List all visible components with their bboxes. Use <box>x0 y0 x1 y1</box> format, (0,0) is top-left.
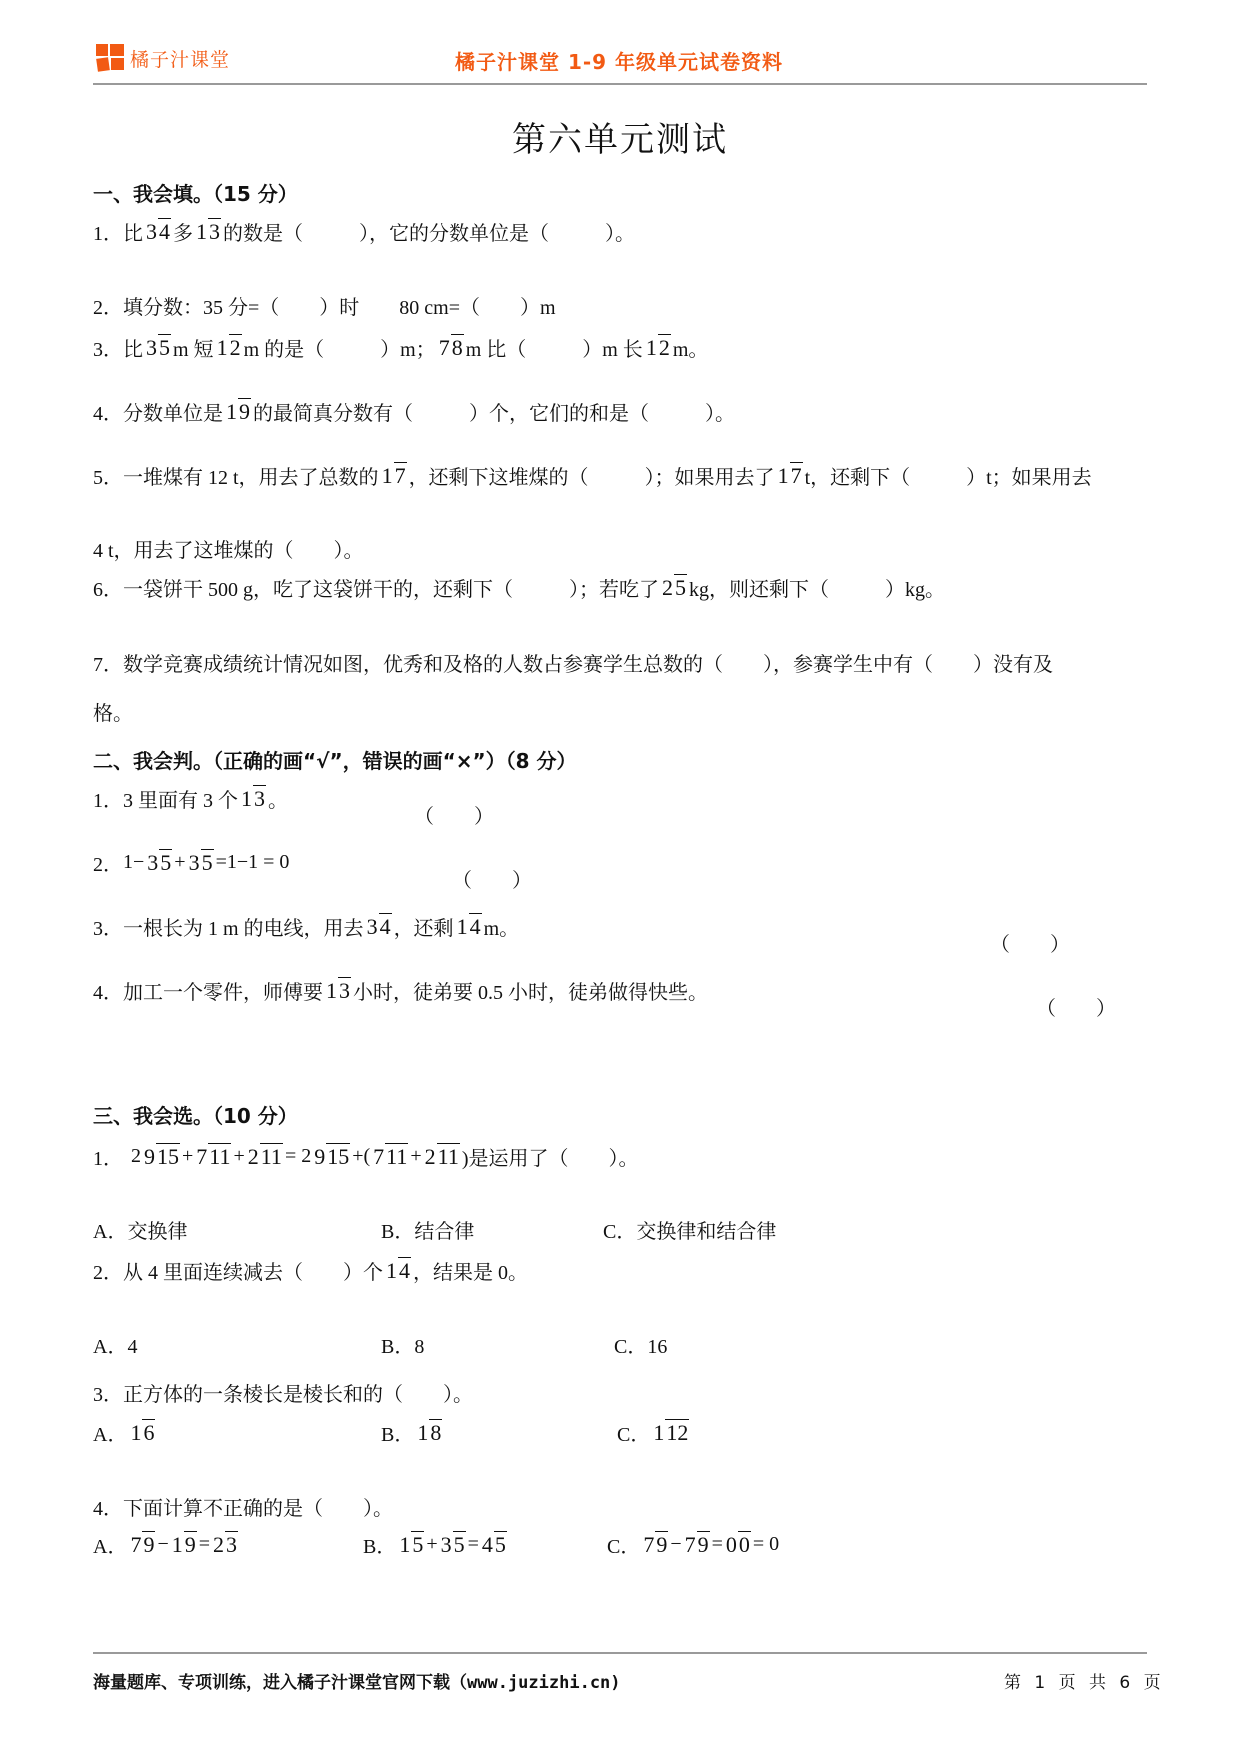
s1-question-2: 2．填分数：35 分=（ ）时 80 cm=（ ）m <box>93 291 556 320</box>
s2-question-3: 3．一根长为 1 m 的电线，用去 34 ，还剩 14 m。 <box>93 912 519 941</box>
s2-answer-bracket-1[interactable]: （ ） <box>414 800 494 829</box>
s3-q4-option-a[interactable]: A． 79 − 19 = 23 <box>93 1530 240 1559</box>
s3-q1-option-a[interactable]: A．交换律 <box>93 1215 187 1244</box>
s1-question-3: 3．比 35 m 短 12 m 的是（）m； 78 m 比（）m 长 12 m。 <box>93 333 708 362</box>
s1-question-6: 6．一袋饼干 500 g，吃了这袋饼干的，还剩下（）；若吃了 25 kg，则还剩… <box>93 573 945 602</box>
s1-question-7-cont: 格。 <box>93 697 133 726</box>
s3-q1-option-b[interactable]: B．结合律 <box>381 1215 474 1244</box>
brand-logo: 橘子汁课堂 <box>96 44 230 72</box>
s3-question-3: 3．正方体的一条棱长是棱长和的（ ）。 <box>93 1378 473 1407</box>
s3-q1-option-c[interactable]: C．交换律和结合律 <box>603 1215 776 1244</box>
s3-question-2: 2．从 4 里面连续减去（ ）个 14 ，结果是 0。 <box>93 1256 528 1285</box>
page-title: 第六单元测试 <box>0 112 1240 161</box>
s3-q3-option-a[interactable]: A． 16 <box>93 1418 157 1447</box>
header-divider <box>93 83 1147 85</box>
logo-icon <box>96 44 124 72</box>
s3-q2-option-b[interactable]: B．8 <box>381 1330 424 1359</box>
logo-text: 橘子汁课堂 <box>130 45 230 72</box>
s2-question-2: 2．1− 35 + 35 =1−1 = 0 <box>93 848 289 877</box>
s3-q2-option-a[interactable]: A．4 <box>93 1330 137 1359</box>
s3-q4-option-c[interactable]: C． 79 − 79 = 00 = 0 <box>607 1530 779 1559</box>
s3-q4-option-b[interactable]: B． 15 + 35 = 45 <box>363 1530 509 1559</box>
s1-question-4: 4．分数单位是 19 的最简真分数有（）个，它们的和是（）。 <box>93 397 735 426</box>
section-2-heading: 二、我会判。（正确的画“√”，错误的画“×”）（8 分） <box>93 745 577 774</box>
s1-question-5-cont: 4 t，用去了这堆煤的（ ）。 <box>93 534 364 563</box>
s2-answer-bracket-3[interactable]: （ ） <box>990 928 1070 957</box>
s3-q2-option-c[interactable]: C．16 <box>614 1330 667 1359</box>
s2-question-1: 1．3 里面有 3 个 13 。 <box>93 784 288 813</box>
section-3-heading: 三、我会选。（10 分） <box>93 1100 298 1129</box>
page-number: 第 1 页 共 6 页 <box>1004 1668 1165 1693</box>
s2-answer-bracket-2[interactable]: （ ） <box>452 864 532 893</box>
s2-question-4: 4．加工一个零件，师傅要 13 小时，徒弟要 0.5 小时，徒弟做得快些。 <box>93 976 708 1005</box>
s1-question-5: 5．一堆煤有 12 t，用去了总数的 17 ，还剩下这堆煤的（）；如果用去了 1… <box>93 461 1092 490</box>
s1-question-1: 1．比 34 多 13 的数是（），它的分数单位是（）。 <box>93 217 635 246</box>
header-title: 橘子汁课堂 1-9 年级单元试卷资料 <box>455 46 783 75</box>
s3-question-1: 1．2 915 + 711 + 211 = 2 915 +( 711 + 211… <box>93 1142 639 1171</box>
s3-q3-option-c[interactable]: C． 112 <box>617 1418 691 1447</box>
footer-promo-text: 海量题库、专项训练，进入橘子汁课堂官网下载（www.juzizhi.cn) <box>93 1668 621 1693</box>
s3-q3-option-b[interactable]: B． 18 <box>381 1418 444 1447</box>
footer-divider <box>93 1652 1147 1654</box>
s2-answer-bracket-4[interactable]: （ ） <box>1036 992 1116 1021</box>
s1-question-7: 7．数学竞赛成绩统计情况如图，优秀和及格的人数占参赛学生总数的（ ），参赛学生中… <box>93 648 1053 677</box>
s3-question-4: 4．下面计算不正确的是（ ）。 <box>93 1492 393 1521</box>
section-1-heading: 一、我会填。（15 分） <box>93 178 298 207</box>
